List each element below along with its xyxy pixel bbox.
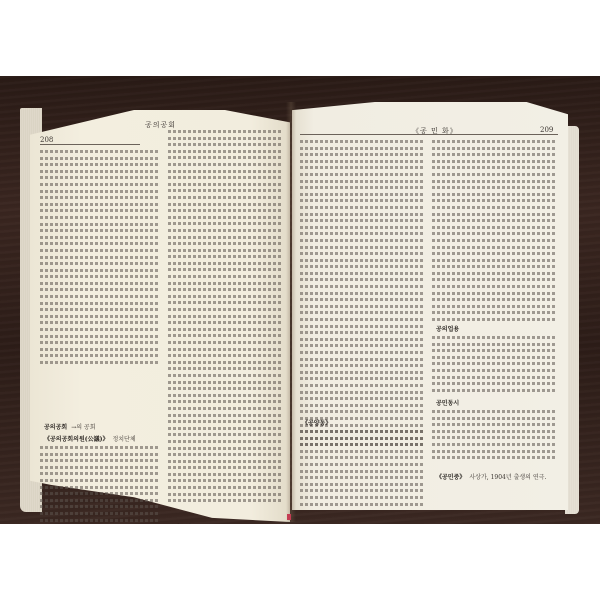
left-page-number: 208 — [40, 136, 53, 144]
left-headword-1: 공의공회→의 공회 — [44, 422, 96, 431]
right-headword-4: 《공민중》사상가, 1904년 출생의 연극. — [436, 472, 546, 481]
bookmark-ribbon — [287, 514, 291, 520]
right-headword-1: 《공양동》 — [302, 418, 331, 427]
left-column-1-text — [40, 148, 160, 368]
right-headword-3: 공민동시 — [436, 398, 459, 407]
right-column-1-lower-text — [300, 428, 424, 512]
left-header-rule — [40, 144, 140, 145]
left-headword-2: 《공의공회의원(公議)》정치단체 — [44, 434, 136, 443]
right-column-2-lower-text — [432, 408, 556, 466]
right-column-2-mid-text — [432, 334, 556, 394]
book-photo: 공의공회 208 공의공회→의 공회 《공의공회의원(公議)》정치단체 공의공회… — [0, 76, 600, 524]
right-page-number: 209 — [540, 126, 553, 134]
right-header-rule — [300, 134, 558, 135]
left-footer-entry: 공의공회 (1867. 8. 14.－1933. 1. 31.) — [168, 522, 276, 524]
right-column-1-text — [300, 138, 424, 460]
book-gutter — [286, 102, 296, 522]
right-column-2-text — [432, 138, 556, 328]
left-column-2-text — [168, 128, 283, 506]
right-headword-2: 공의업용 — [436, 324, 459, 333]
left-column-1-lower-text — [40, 444, 160, 524]
